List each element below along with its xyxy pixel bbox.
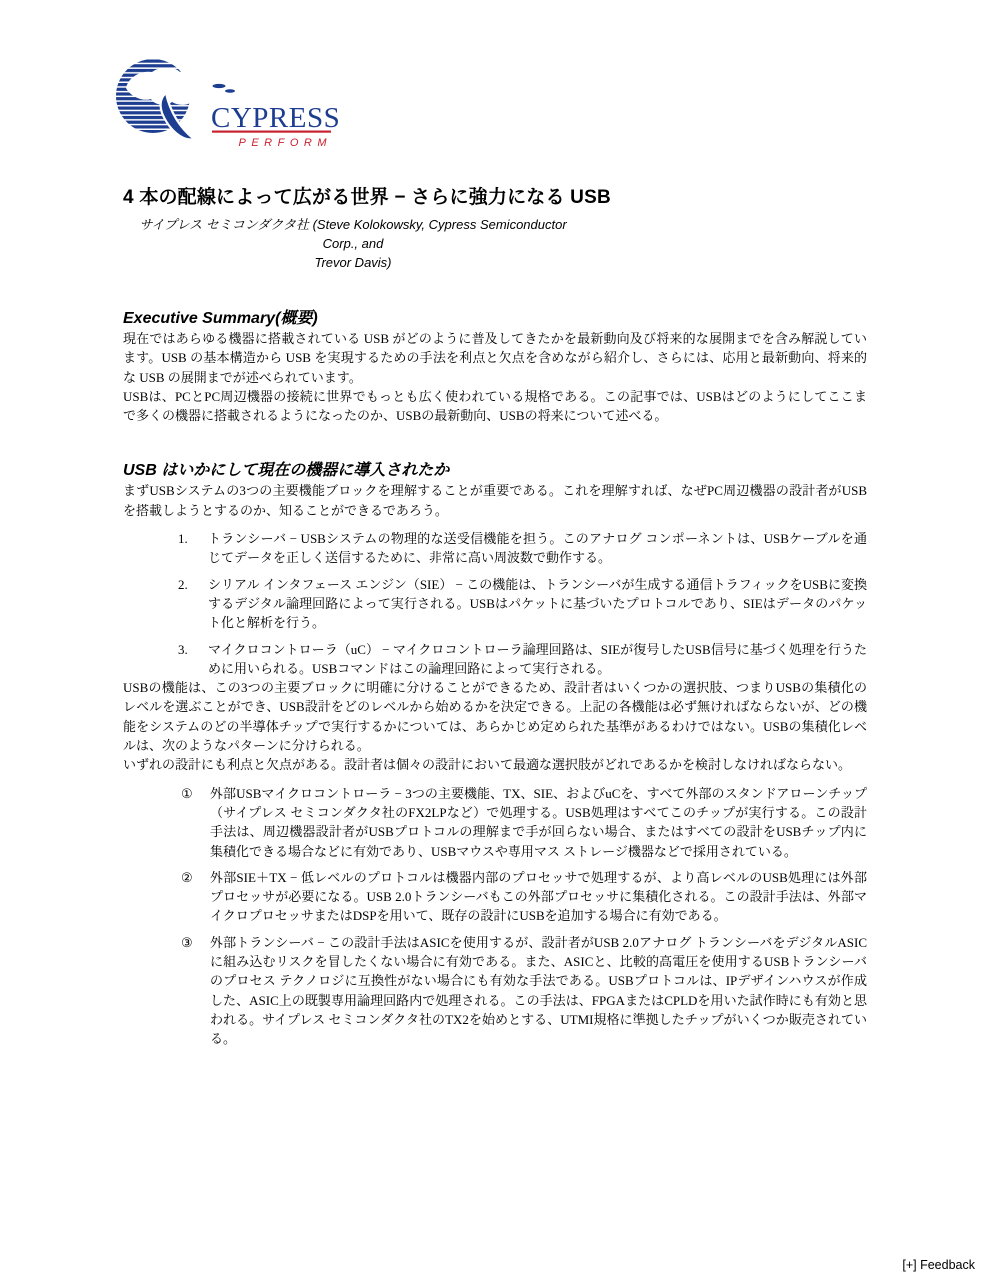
document-page: CYPRESS PERFORM 4 本の配線によって広がる世界 − さらに強力に… <box>0 0 989 1280</box>
exec-summary-paragraph: 現在ではあらゆる機器に搭載されている USB がどのように普及してきたかを最新動… <box>123 329 867 387</box>
list-marker: ② <box>181 868 210 926</box>
circled-list: ① 外部USBマイクロコントローラ − 3つの主要機能、TX、SIE、およびuC… <box>123 784 867 1049</box>
byline-line2: Trevor Davis) <box>123 253 583 272</box>
tradeoff-paragraph: いずれの設計にも利点と欠点がある。設計者は個々の設計において最適な選択肢がどれで… <box>123 755 867 774</box>
list-item-text: シリアル インタフェース エンジン（SIE） − この機能は、トランシーバが生成… <box>208 575 867 633</box>
list-item-text: 外部SIE＋TX − 低レベルのプロトコルは機器内部のプロセッサで処理するが、よ… <box>210 868 867 926</box>
globe-island-shape <box>213 84 226 88</box>
globe-island-shape <box>225 89 235 92</box>
logo-rule <box>212 131 331 133</box>
circled-item: ② 外部SIE＋TX − 低レベルのプロトコルは機器内部のプロセッサで処理するが… <box>178 868 867 926</box>
list-item-text: トランシーバ − USBシステムの物理的な送受信機能を担う。このアナログ コンポ… <box>208 529 867 568</box>
list-item-text: 外部USBマイクロコントローラ − 3つの主要機能、TX、SIE、およびuCを、… <box>210 784 867 861</box>
circled-item: ③ 外部トランシーバ − この設計手法はASICを使用するが、設計者がUSB 2… <box>178 933 867 1049</box>
circled-item: ① 外部USBマイクロコントローラ − 3つの主要機能、TX、SIE、およびuC… <box>178 784 867 861</box>
usb-intro-paragraph: まずUSBシステムの3つの主要機能ブロックを理解することが重要である。これを理解… <box>123 481 867 520</box>
byline: サイプレス セミコンダクタ社 (Steve Kolokowsky, Cypres… <box>123 215 583 272</box>
logo-brand-text: CYPRESS <box>211 102 340 134</box>
list-marker: ③ <box>181 933 210 1049</box>
list-marker: 3. <box>178 640 208 679</box>
cypress-logo: CYPRESS PERFORM <box>116 58 352 158</box>
numbered-item: 3. マイクロコントローラ（uC） − マイクロコントローラ論理回路は、SIEが… <box>178 640 867 679</box>
numbered-item: 2. シリアル インタフェース エンジン（SIE） − この機能は、トランシーバ… <box>178 575 867 633</box>
list-marker: 2. <box>178 575 208 633</box>
document-title: 4 本の配線によって広がる世界 − さらに強力になる USB <box>123 186 867 210</box>
exec-summary-heading: Executive Summary(概要) <box>123 309 867 329</box>
feedback-link[interactable]: [+] Feedback <box>902 1258 975 1272</box>
numbered-list: 1. トランシーバ − USBシステムの物理的な送受信機能を担う。このアナログ … <box>123 529 867 678</box>
usb-overview-paragraph: USBは、PCとPC周辺機器の接続に世界でもっとも広く使われている規格である。こ… <box>123 387 867 426</box>
numbered-item: 1. トランシーバ − USBシステムの物理的な送受信機能を担う。このアナログ … <box>178 529 867 568</box>
byline-line1: サイプレス セミコンダクタ社 (Steve Kolokowsky, Cypres… <box>123 215 583 253</box>
document-body: 4 本の配線によって広がる世界 − さらに強力になる USB サイプレス セミコ… <box>123 186 867 1049</box>
logo-tagline-text: PERFORM <box>239 137 333 149</box>
integration-levels-paragraph: USBの機能は、この3つの主要ブロックに明確に分けることができるため、設計者はい… <box>123 678 867 755</box>
cypress-logo-graphic: CYPRESS PERFORM <box>116 58 352 158</box>
list-item-text: 外部トランシーバ − この設計手法はASICを使用するが、設計者がUSB 2.0… <box>210 933 867 1049</box>
list-marker: 1. <box>178 529 208 568</box>
usb-section-heading: USB はいかにして現在の機器に導入されたか <box>123 461 867 481</box>
list-item-text: マイクロコントローラ（uC） − マイクロコントローラ論理回路は、SIEが復号し… <box>208 640 867 679</box>
list-marker: ① <box>181 784 210 861</box>
